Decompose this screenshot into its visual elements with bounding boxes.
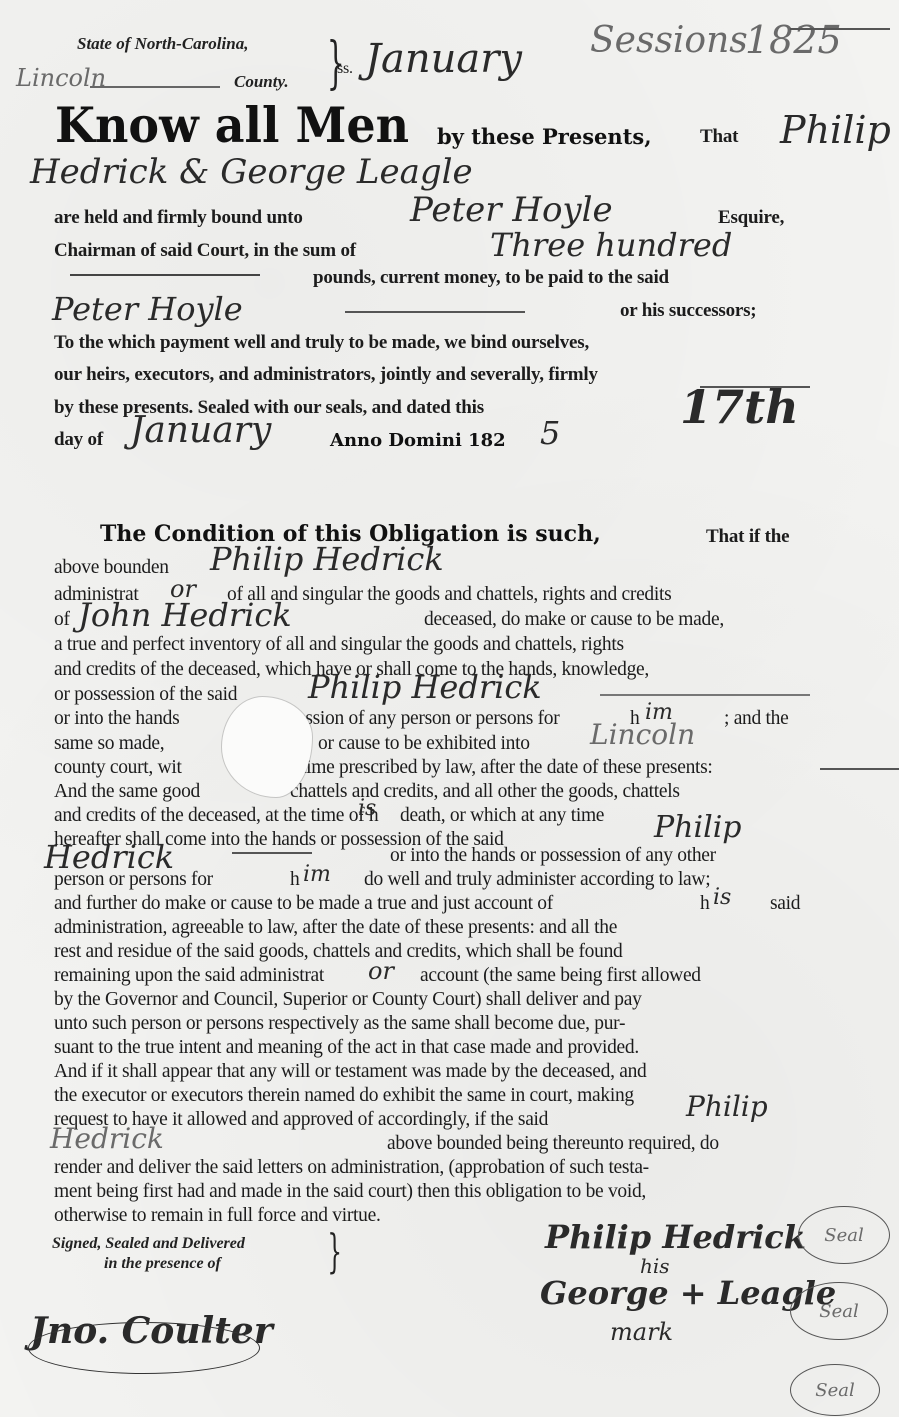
same-goods-label: And the same good	[54, 781, 200, 803]
seal-3-label: Seal	[815, 1380, 854, 1401]
condition-line-c5: the executor or executors therein named …	[54, 1085, 634, 1107]
same-so-made-label: same so made,	[54, 733, 164, 755]
seal-1: Seal	[798, 1206, 890, 1264]
credits-death-label: and credits of the deceased, at the time…	[54, 805, 378, 827]
his-suffix-handwritten: is	[358, 796, 376, 821]
time-prescribed-label: time prescribed by law, after the date o…	[301, 757, 713, 779]
deceased-handwritten: John Hedrick	[78, 596, 292, 634]
request-hedrick-handwritten: Hedrick	[50, 1122, 164, 1155]
condition-line-3: of all and singular the goods and chatte…	[227, 584, 671, 606]
deceased-label: deceased, do make or cause to be made,	[424, 609, 724, 631]
state-label: State of North-Carolina,	[77, 34, 248, 54]
condition-line-c3: suant to the true intent and meaning of …	[54, 1037, 639, 1059]
exhibited-label: or cause to be exhibited into	[318, 733, 530, 755]
condition-line-c2: unto such person or persons respectively…	[54, 1013, 625, 1035]
further-label: and further do make or cause to be made …	[54, 893, 553, 915]
pounds-label: pounds, current money, to be paid to the…	[313, 267, 669, 289]
condition-line-d2: ment being first had and made in the sai…	[54, 1181, 646, 1203]
witness-signature-flourish	[28, 1322, 260, 1374]
witness-label-line1: Signed, Sealed and Delivered	[52, 1235, 245, 1253]
session-handwritten: Sessions	[590, 20, 748, 61]
into-hands-label: or into the hands	[54, 708, 179, 730]
that-label: That	[700, 126, 738, 148]
sum-handwritten: Three hundred	[490, 226, 732, 264]
seal-1-label: Seal	[824, 1225, 863, 1246]
county-label: County.	[234, 72, 289, 92]
condition-line-a1: a true and perfect inventory of all and …	[54, 634, 624, 656]
day-handwritten: 17th	[680, 380, 799, 434]
possession-label: or possession of the said	[54, 684, 237, 706]
chairman-label: Chairman of said Court, in the sum of	[54, 240, 356, 262]
death-rest: death, or which at any time	[400, 805, 604, 827]
witness-brace: }	[327, 1228, 342, 1274]
day-line	[700, 386, 810, 388]
person-him-handwritten: im	[303, 862, 331, 887]
year-flourish	[790, 28, 890, 30]
county-handwritten: Lincoln	[16, 64, 106, 92]
condition-line-b1: administration, agreeable to law, after …	[54, 917, 617, 939]
payee-line	[345, 311, 525, 313]
further-his-prefix: h	[700, 893, 709, 915]
title-gothic-heading: Know all Men	[55, 97, 409, 154]
session-year-handwritten: 1825	[745, 18, 842, 62]
administer-label: do well and truly administer according t…	[364, 869, 710, 891]
signer2-mark: mark	[610, 1318, 673, 1346]
remaining-suffix-handwritten: or	[368, 957, 394, 985]
bond-document-page: State of North-Carolina, Lincoln County.…	[0, 0, 899, 1417]
request-name-handwritten: Philip	[686, 1090, 768, 1123]
condition-line-b2: rest and residue of the said goods, chat…	[54, 941, 623, 963]
seal-2: Seal	[790, 1282, 888, 1340]
bounded-label: above bounded being thereunto required, …	[387, 1133, 719, 1155]
anno-label: Anno Domini 182	[330, 430, 506, 451]
seal-3: Seal	[790, 1364, 880, 1416]
remaining-rest: account (the same being first allowed	[420, 965, 701, 987]
margin-stroke	[820, 768, 899, 770]
hereafter-name-handwritten: Philip	[654, 810, 742, 845]
ss-label: ss.	[337, 60, 353, 78]
successors-label: or his successors;	[620, 300, 756, 322]
bond-line-1: To the which payment well and truly to b…	[54, 332, 589, 354]
same-goods-rest: chattels and credits, and all other the …	[290, 781, 680, 803]
other-label: or into the hands or possession of any o…	[390, 845, 716, 867]
said-label: said	[770, 893, 800, 915]
seal-2-label: Seal	[819, 1301, 858, 1322]
payee-handwritten: Peter Hoyle	[52, 290, 243, 328]
that-if-label: That if the	[706, 526, 789, 548]
sum-continuation-line	[70, 274, 260, 276]
administrator-handwritten: Philip Hedrick	[210, 540, 444, 578]
further-his-handwritten: is	[713, 885, 731, 910]
held-label: are held and firmly bound unto	[54, 207, 303, 229]
condition-line-d1: render and deliver the said letters on a…	[54, 1157, 649, 1179]
county-court-label: county court, wit	[54, 757, 182, 779]
principals-line-handwritten: Hedrick & George Leagle	[30, 152, 473, 192]
person-him-prefix: h	[290, 869, 299, 891]
month-handwritten: January	[130, 410, 271, 451]
condition-line-c4: And if it shall appear that any will or …	[54, 1061, 647, 1083]
county-underline	[90, 86, 220, 88]
paper-damage	[222, 697, 312, 797]
signer1-signature: Philip Hedrick	[545, 1218, 806, 1256]
above-bounden-label: above bounden	[54, 557, 169, 579]
of-label: of	[54, 609, 70, 631]
day-of-label: day of	[54, 429, 103, 451]
session-month-handwritten: January	[365, 36, 522, 82]
obligee-handwritten: Peter Hoyle	[410, 190, 613, 230]
condition-line-c1: by the Governor and Council, Superior or…	[54, 989, 642, 1011]
condition-county-handwritten: Lincoln	[590, 718, 695, 751]
title-gothic-sub: by these Presents,	[437, 124, 652, 149]
possession-dash-line	[600, 694, 810, 696]
into-hands-rest: ession of any person or persons for	[297, 708, 559, 730]
and-the-label: ; and the	[724, 708, 788, 730]
person-for-label: person or persons for	[54, 869, 213, 891]
witness-label-line2: in the presence of	[104, 1255, 221, 1273]
bond-line-2: our heirs, executors, and administrators…	[54, 364, 598, 386]
hedrick-dash-line	[232, 852, 312, 854]
year-digit-handwritten: 5	[540, 414, 560, 452]
remaining-label: remaining upon the said administrat	[54, 965, 324, 987]
principal-first-handwritten: Philip	[780, 108, 891, 152]
possession-name-handwritten: Philip Hedrick	[308, 668, 542, 706]
